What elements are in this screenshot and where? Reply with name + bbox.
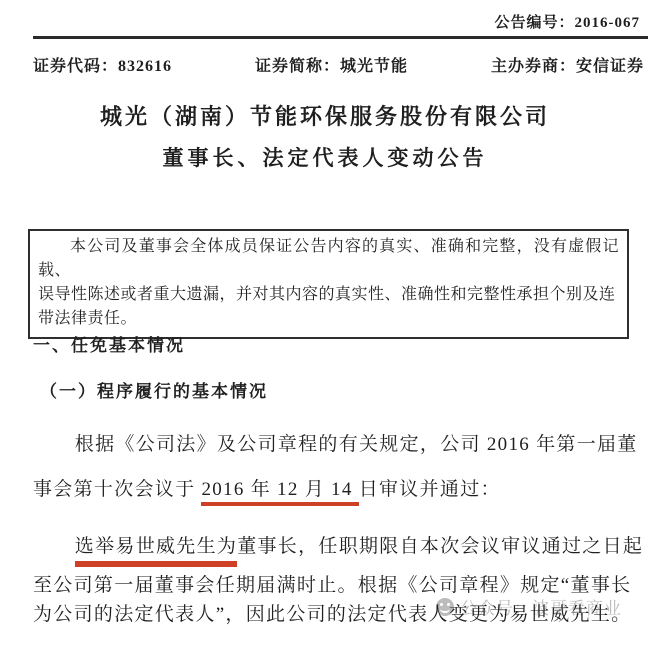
disclaimer-line: 带法律责任。	[38, 307, 619, 331]
paragraph1-line2-prefix: 事会第十次会议于	[33, 479, 201, 500]
stock-short-name: 证券简称：城光节能	[255, 53, 408, 76]
disclaimer-box: 本公司及董事会全体成员保证公告内容的真实、准确和完整，没有虚假记载、 误导性陈述…	[28, 229, 629, 339]
disclaimer-line: 本公司及董事会全体成员保证公告内容的真实、准确和完整，没有虚假记载、	[38, 235, 619, 283]
announcement-title: 董事长、法定代表人变动公告	[0, 142, 650, 172]
paragraph2-line1: 选举易世威先生为董事长，任职期限自本次会议审议通过之日起	[33, 534, 641, 560]
paragraph1-line2-suffix: 日审议并通过：	[359, 479, 501, 500]
disclaimer-line: 误导性陈述或者重大遗漏，并对其内容的真实性、准确性和完整性承担个别及连	[38, 283, 619, 307]
section-heading-appointment: 一、任免基本情况	[33, 331, 185, 356]
paragraph2-line1-rest: 董事长，任职期限自本次会议审议通过之日起	[237, 536, 643, 557]
paragraph1-line2: 事会第十次会议于 2016 年 12 月 14 日审议并通过：	[33, 477, 641, 503]
paragraph1-line1: 根据《公司法》及公司章程的有关规定，公司 2016 年第一届董	[33, 432, 641, 458]
meeting-date-underlined: 2016 年 12 月 14	[201, 479, 358, 506]
announcement-document: 公告编号：2016-067 证券代码：832616 证券简称：城光节能 主办券商…	[0, 0, 650, 645]
subsection-heading-procedure: （一）程序履行的基本情况	[40, 377, 268, 402]
company-name-title: 城光（湖南）节能环保服务股份有限公司	[0, 100, 650, 131]
paragraph2-line3: 为公司的法定代表人”，因此公司的法定代表人变更为易世威先生。	[33, 602, 641, 628]
header-divider	[33, 36, 648, 39]
sponsor-broker: 主办券商：安信证券	[491, 53, 644, 76]
chairman-election-underlined: 选举易世威先生为	[75, 536, 237, 567]
paragraph2-line2: 至公司第一届董事会任期届满时止。根据《公司章程》规定“董事长	[33, 573, 641, 599]
announcement-number: 公告编号：2016-067	[495, 11, 641, 32]
securities-header-row: 证券代码：832616 证券简称：城光节能 主办券商：安信证券	[33, 53, 644, 76]
stock-code: 证券代码：832616	[33, 53, 172, 76]
